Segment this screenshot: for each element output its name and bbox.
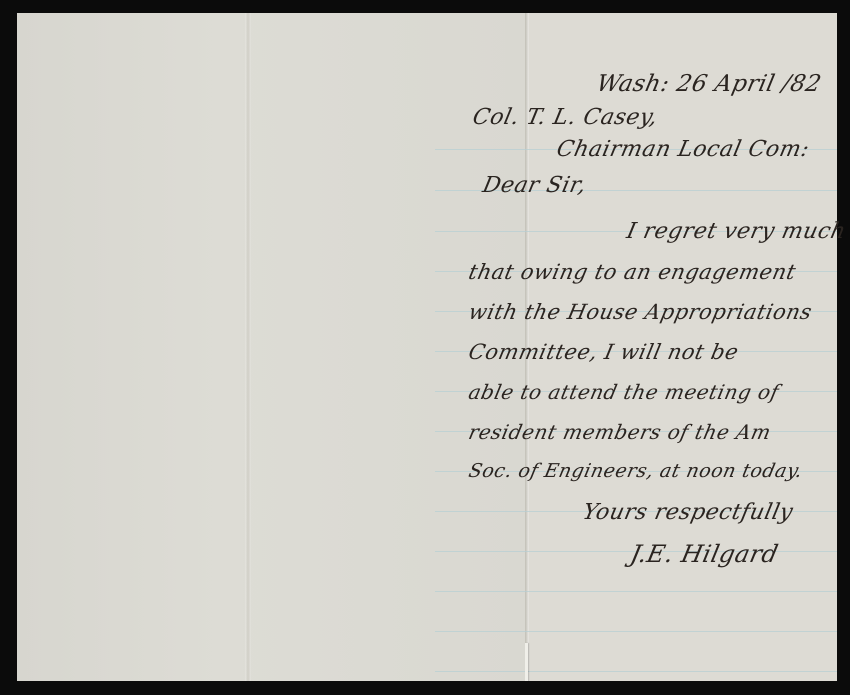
closing: Yours respectfully <box>580 500 795 525</box>
signature: J.E. Hilgard <box>628 540 781 568</box>
recipient-title: Chairman Local Com: <box>554 137 811 162</box>
body-line-1: I regret very much <box>624 219 848 244</box>
ruled-line <box>435 591 837 592</box>
left-blank-leaf <box>17 13 527 681</box>
dateline: Wash: 26 April /82 <box>594 71 824 97</box>
paper-tear <box>525 643 528 681</box>
body-line-5: able to attend the meeting of <box>466 380 781 404</box>
body-line-3: with the House Appropriations <box>466 300 814 324</box>
ruled-line <box>435 631 837 632</box>
ruled-line <box>435 671 837 672</box>
body-line-7: Soc. of Engineers, at noon today. <box>467 460 805 482</box>
body-line-6: resident members of the Am <box>466 420 773 444</box>
body-line-2: that owing to an engagement <box>466 260 798 284</box>
letter-sheet: Wash: 26 April /82 Col. T. L. Casey, Cha… <box>17 13 837 681</box>
body-line-4: Committee, I will not be <box>466 340 740 364</box>
salutation: Dear Sir, <box>480 173 588 198</box>
paper-fold-crease <box>245 13 251 681</box>
recipient-name: Col. T. L. Casey, <box>470 105 660 130</box>
